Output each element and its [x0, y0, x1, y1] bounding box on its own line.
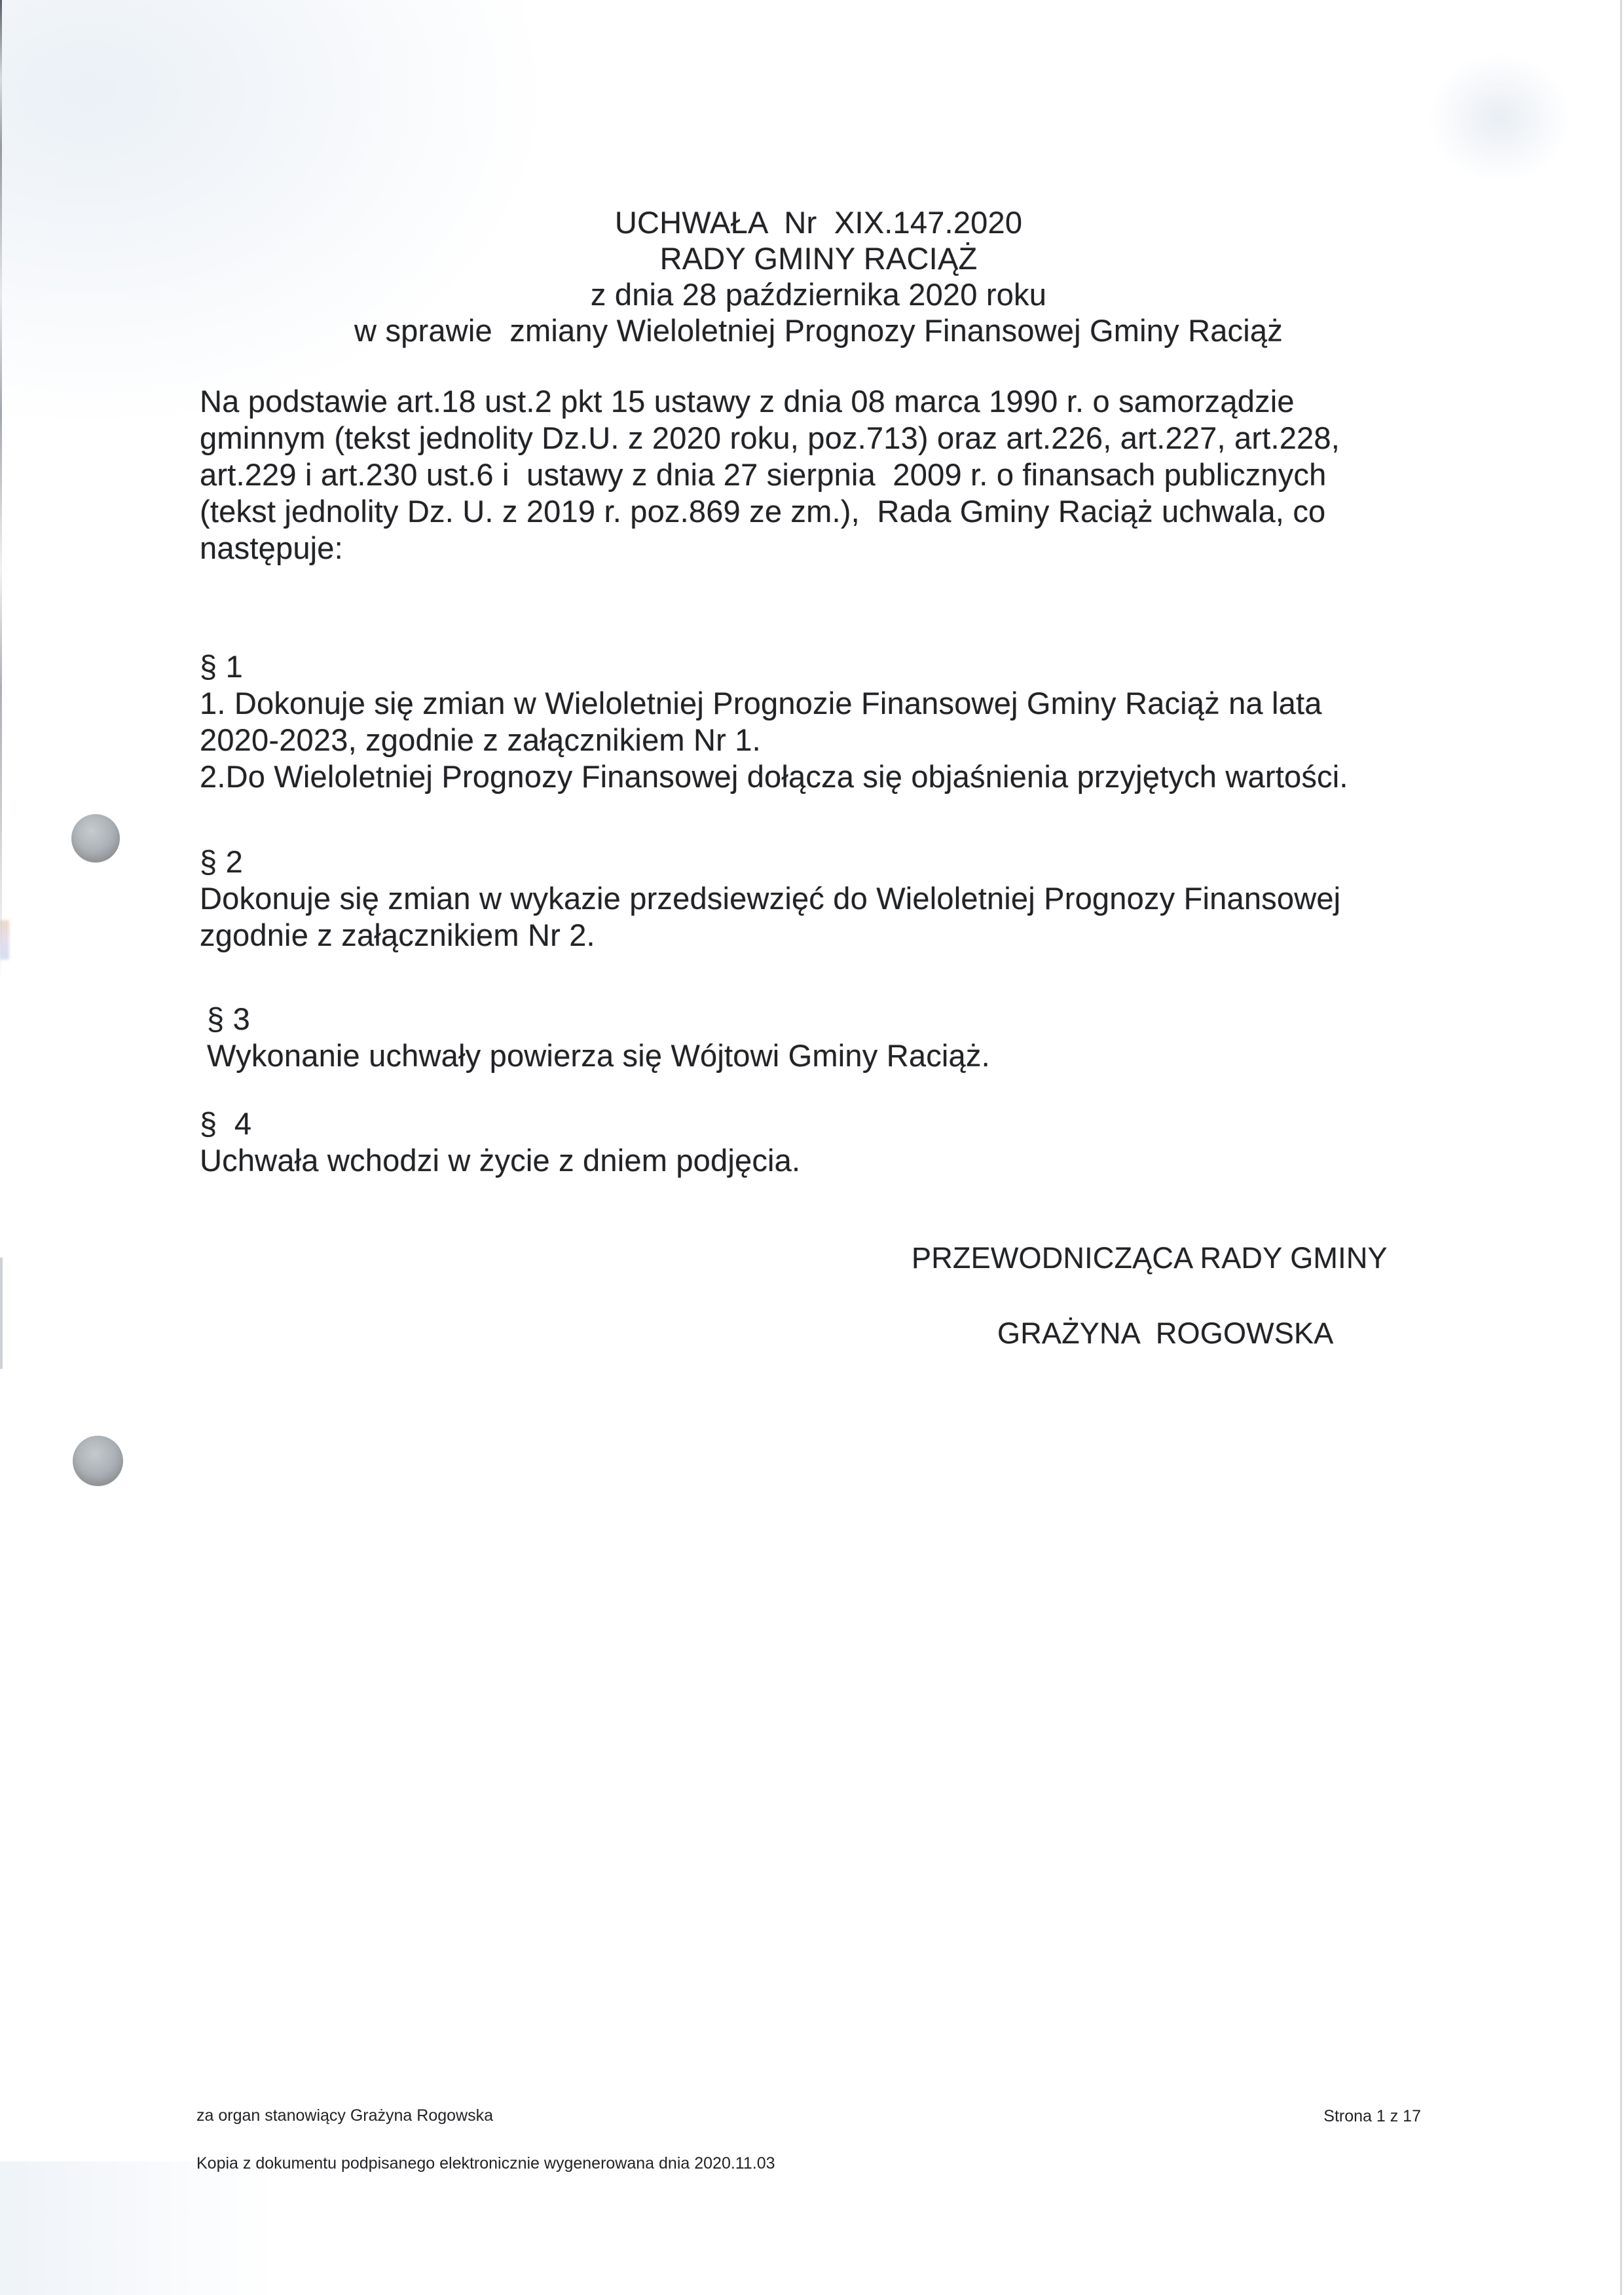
section-mark: § 4 — [200, 1106, 800, 1142]
title-line: w sprawie zmiany Wieloletniej Prognozy F… — [0, 312, 1624, 348]
section-line: Wykonanie uchwały powierza się Wójtowi G… — [207, 1037, 990, 1074]
footer-left: za organ stanowiący Grażyna Rogowska — [196, 2106, 493, 2125]
title-line: z dnia 28 października 2020 roku — [0, 276, 1624, 312]
section-1: § 1 1. Dokonuje się zmian w Wieloletniej… — [200, 648, 1348, 795]
section-mark: § 3 — [207, 1001, 990, 1037]
preamble: Na podstawie art.18 ust.2 pkt 15 ustawy … — [200, 383, 1340, 567]
preamble-line: Na podstawie art.18 ust.2 pkt 15 ustawy … — [200, 383, 1340, 420]
title-line: RADY GMINY RACIĄŻ — [0, 240, 1624, 276]
section-2: § 2 Dokonuje się zmian w wykazie przedsi… — [200, 844, 1340, 954]
section-3: § 3 Wykonanie uchwały powierza się Wójto… — [207, 1001, 990, 1074]
hole-punch-bottom — [73, 1436, 123, 1486]
section-mark: § 1 — [200, 648, 1348, 685]
signature-role: PRZEWODNICZĄCA RADY GMINY — [912, 1240, 1388, 1277]
footer-page-number: Strona 1 z 17 — [1323, 2106, 1421, 2126]
section-line: Uchwała wchodzi w życie z dniem podjęcia… — [200, 1142, 800, 1179]
section-line: 2.Do Wieloletniej Prognozy Finansowej do… — [200, 758, 1348, 795]
footer-note: Kopia z dokumentu podpisanego elektronic… — [196, 2154, 775, 2173]
title-line: UCHWAŁA Nr XIX.147.2020 — [0, 204, 1624, 240]
signature-name: GRAŻYNA ROGOWSKA — [997, 1315, 1333, 1352]
section-line: 2020-2023, zgodnie z załącznikiem Nr 1. — [200, 722, 1348, 758]
preamble-line: gminnym (tekst jednolity Dz.U. z 2020 ro… — [200, 420, 1340, 457]
preamble-line: następuje: — [200, 530, 1340, 567]
section-line: Dokonuje się zmian w wykazie przedsiewzi… — [200, 880, 1340, 917]
preamble-line: art.229 i art.230 ust.6 i ustawy z dnia … — [200, 457, 1340, 493]
title: UCHWAŁA Nr XIX.147.2020 RADY GMINY RACIĄ… — [0, 204, 1624, 348]
scan-edge-left — [0, 1258, 3, 1369]
scan-tint — [0, 2161, 275, 2295]
section-line: 1. Dokonuje się zmian w Wieloletniej Pro… — [200, 685, 1348, 722]
scan-tint — [1428, 52, 1572, 183]
hole-punch-top — [71, 814, 120, 863]
document-page: UCHWAŁA Nr XIX.147.2020 RADY GMINY RACIĄ… — [0, 0, 1624, 2295]
scan-smudge — [0, 920, 9, 960]
section-mark: § 2 — [200, 844, 1340, 880]
section-line: zgodnie z załącznikiem Nr 2. — [200, 917, 1340, 954]
scan-edge-left — [0, 0, 2, 982]
preamble-line: (tekst jednolity Dz. U. z 2019 r. poz.86… — [200, 493, 1340, 530]
section-4: § 4 Uchwała wchodzi w życie z dniem podj… — [200, 1106, 800, 1179]
